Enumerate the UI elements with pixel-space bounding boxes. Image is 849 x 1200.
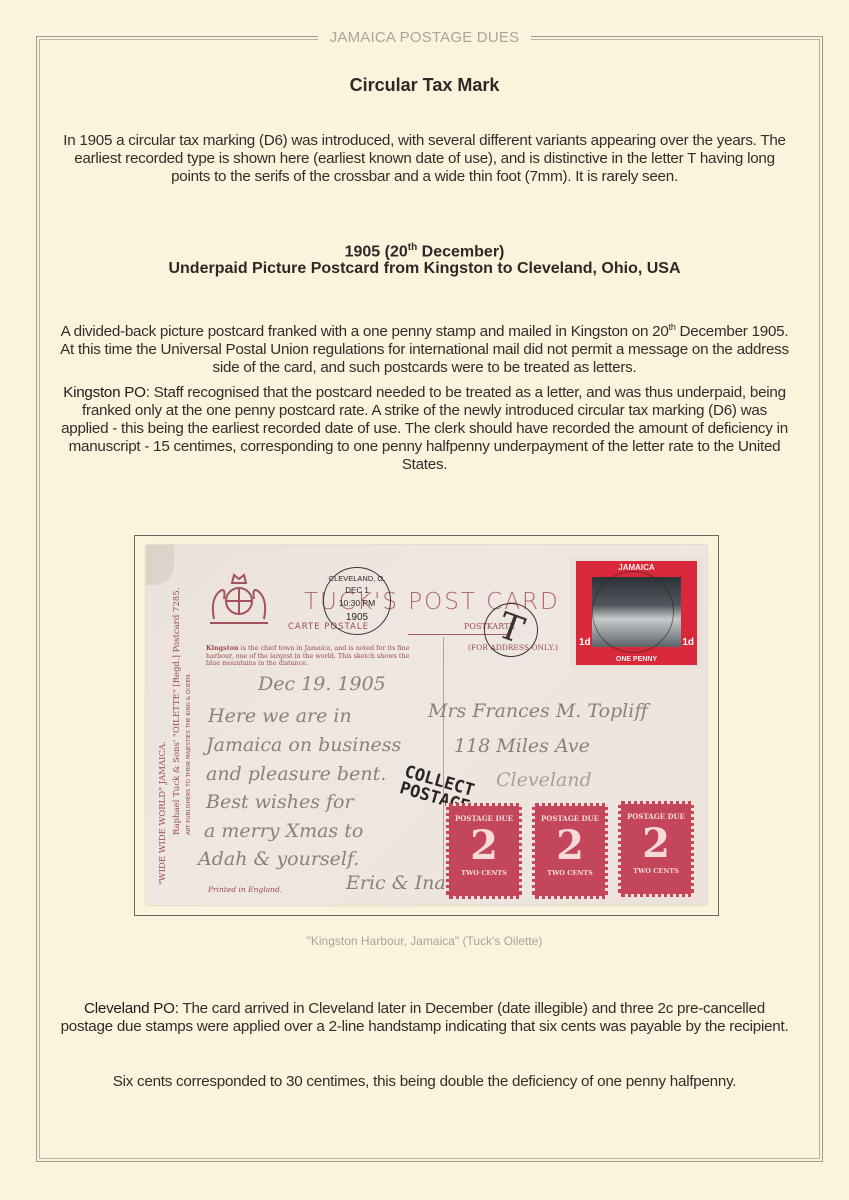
address-line: 118 Miles Ave [454, 735, 590, 757]
postcard-image: "WIDE WIDE WORLD" JAMAICA. Raphael Tuck … [146, 545, 707, 905]
description-sup: th [669, 322, 676, 332]
postmark-time: 10:30 PM [324, 598, 390, 608]
message-line: Adah & yourself. [198, 848, 359, 870]
due-bottom: TWO CENTS [449, 869, 519, 877]
section-title: Circular Tax Mark [0, 75, 849, 96]
page-header: JAMAICA POSTAGE DUES [0, 29, 849, 47]
address-line: Mrs Frances M. Topliff [428, 700, 648, 722]
address-line: Cleveland [496, 769, 592, 791]
date-prefix: 1905 (20 [345, 243, 408, 260]
tax-mark-t: T [493, 605, 530, 652]
postcard-blurb: Kingston is the chief town in Jamaica, a… [206, 645, 421, 668]
header-title: JAMAICA POSTAGE DUES [318, 29, 532, 46]
date-suffix: December) [417, 243, 504, 260]
cleveland-postmark: CLEVELAND, O. DEC 1 10:30 PM 1905 [323, 567, 391, 635]
postage-due-stamp: POSTAGE DUE 2 TWO CENTS [618, 801, 694, 897]
intro-paragraph: In 1905 a circular tax marking (D6) was … [60, 132, 789, 186]
message-line: Here we are in [208, 705, 352, 727]
jamaica-stamp: JAMAICA 1d 1d ONE PENNY [570, 557, 703, 669]
vertical-text-royal: ART PUBLISHERS TO THEIR MAJESTIES THE KI… [186, 673, 192, 835]
kingston-text: Staff recognised that the postcard neede… [61, 384, 788, 473]
stamp-value-left: 1d [579, 637, 591, 648]
cleveland-paragraph: Cleveland PO: The card arrived in Clevel… [60, 1000, 789, 1036]
printed-in-england: Printed in England. [208, 885, 282, 894]
postmark-year: 1905 [324, 612, 390, 623]
message-line: Best wishes for [206, 791, 354, 813]
postcard-caption: "Kingston Harbour, Jamaica" (Tuck's Oile… [0, 934, 849, 948]
tax-mark-circle: T [484, 603, 538, 657]
postmark-city: CLEVELAND, O. [324, 574, 390, 583]
date-sup: th [408, 242, 417, 253]
cleveland-label: Cleveland PO: [84, 1000, 179, 1017]
description-paragraph: A divided-back picture postcard franked … [60, 318, 789, 377]
due-value: 2 [449, 823, 519, 869]
vertical-text-series: "WIDE WIDE WORLD" JAMAICA. [158, 741, 168, 885]
due-value: 2 [621, 821, 691, 867]
postage-due-stamp: POSTAGE DUE 2 TWO CENTS [532, 803, 608, 899]
item-subtitle: Underpaid Picture Postcard from Kingston… [0, 259, 849, 279]
corner-wear [146, 545, 174, 585]
conclusion-paragraph: Six cents corresponded to 30 centimes, t… [60, 1073, 789, 1091]
vertical-text-publisher: Raphael Tuck & Sons' "OILETTE" [Regd.] P… [172, 588, 182, 835]
kingston-paragraph: Kingston PO: Staff recognised that the p… [60, 384, 789, 474]
description-part1: A divided-back picture postcard franked … [61, 323, 669, 340]
message-line: a merry Xmas to [204, 820, 363, 842]
stamp-cancel [592, 571, 674, 653]
kingston-label: Kingston PO: [63, 384, 150, 401]
due-value: 2 [535, 823, 605, 869]
message-line: and pleasure bent. [206, 763, 386, 785]
message-line: Jamaica on business [206, 734, 401, 756]
due-bottom: TWO CENTS [535, 869, 605, 877]
message-line: Eric & Ina. [346, 872, 452, 894]
message-line: Dec 19. 1905 [258, 673, 386, 695]
postmark-date: DEC 1 [324, 586, 390, 595]
due-bottom: TWO CENTS [621, 867, 691, 875]
stamp-value-right: 1d [682, 637, 694, 648]
royal-arms-icon [206, 569, 272, 627]
postage-due-stamp: POSTAGE DUE 2 TWO CENTS [446, 803, 522, 899]
postcard-divider [443, 637, 444, 887]
stamp-value-words: ONE PENNY [576, 656, 697, 663]
